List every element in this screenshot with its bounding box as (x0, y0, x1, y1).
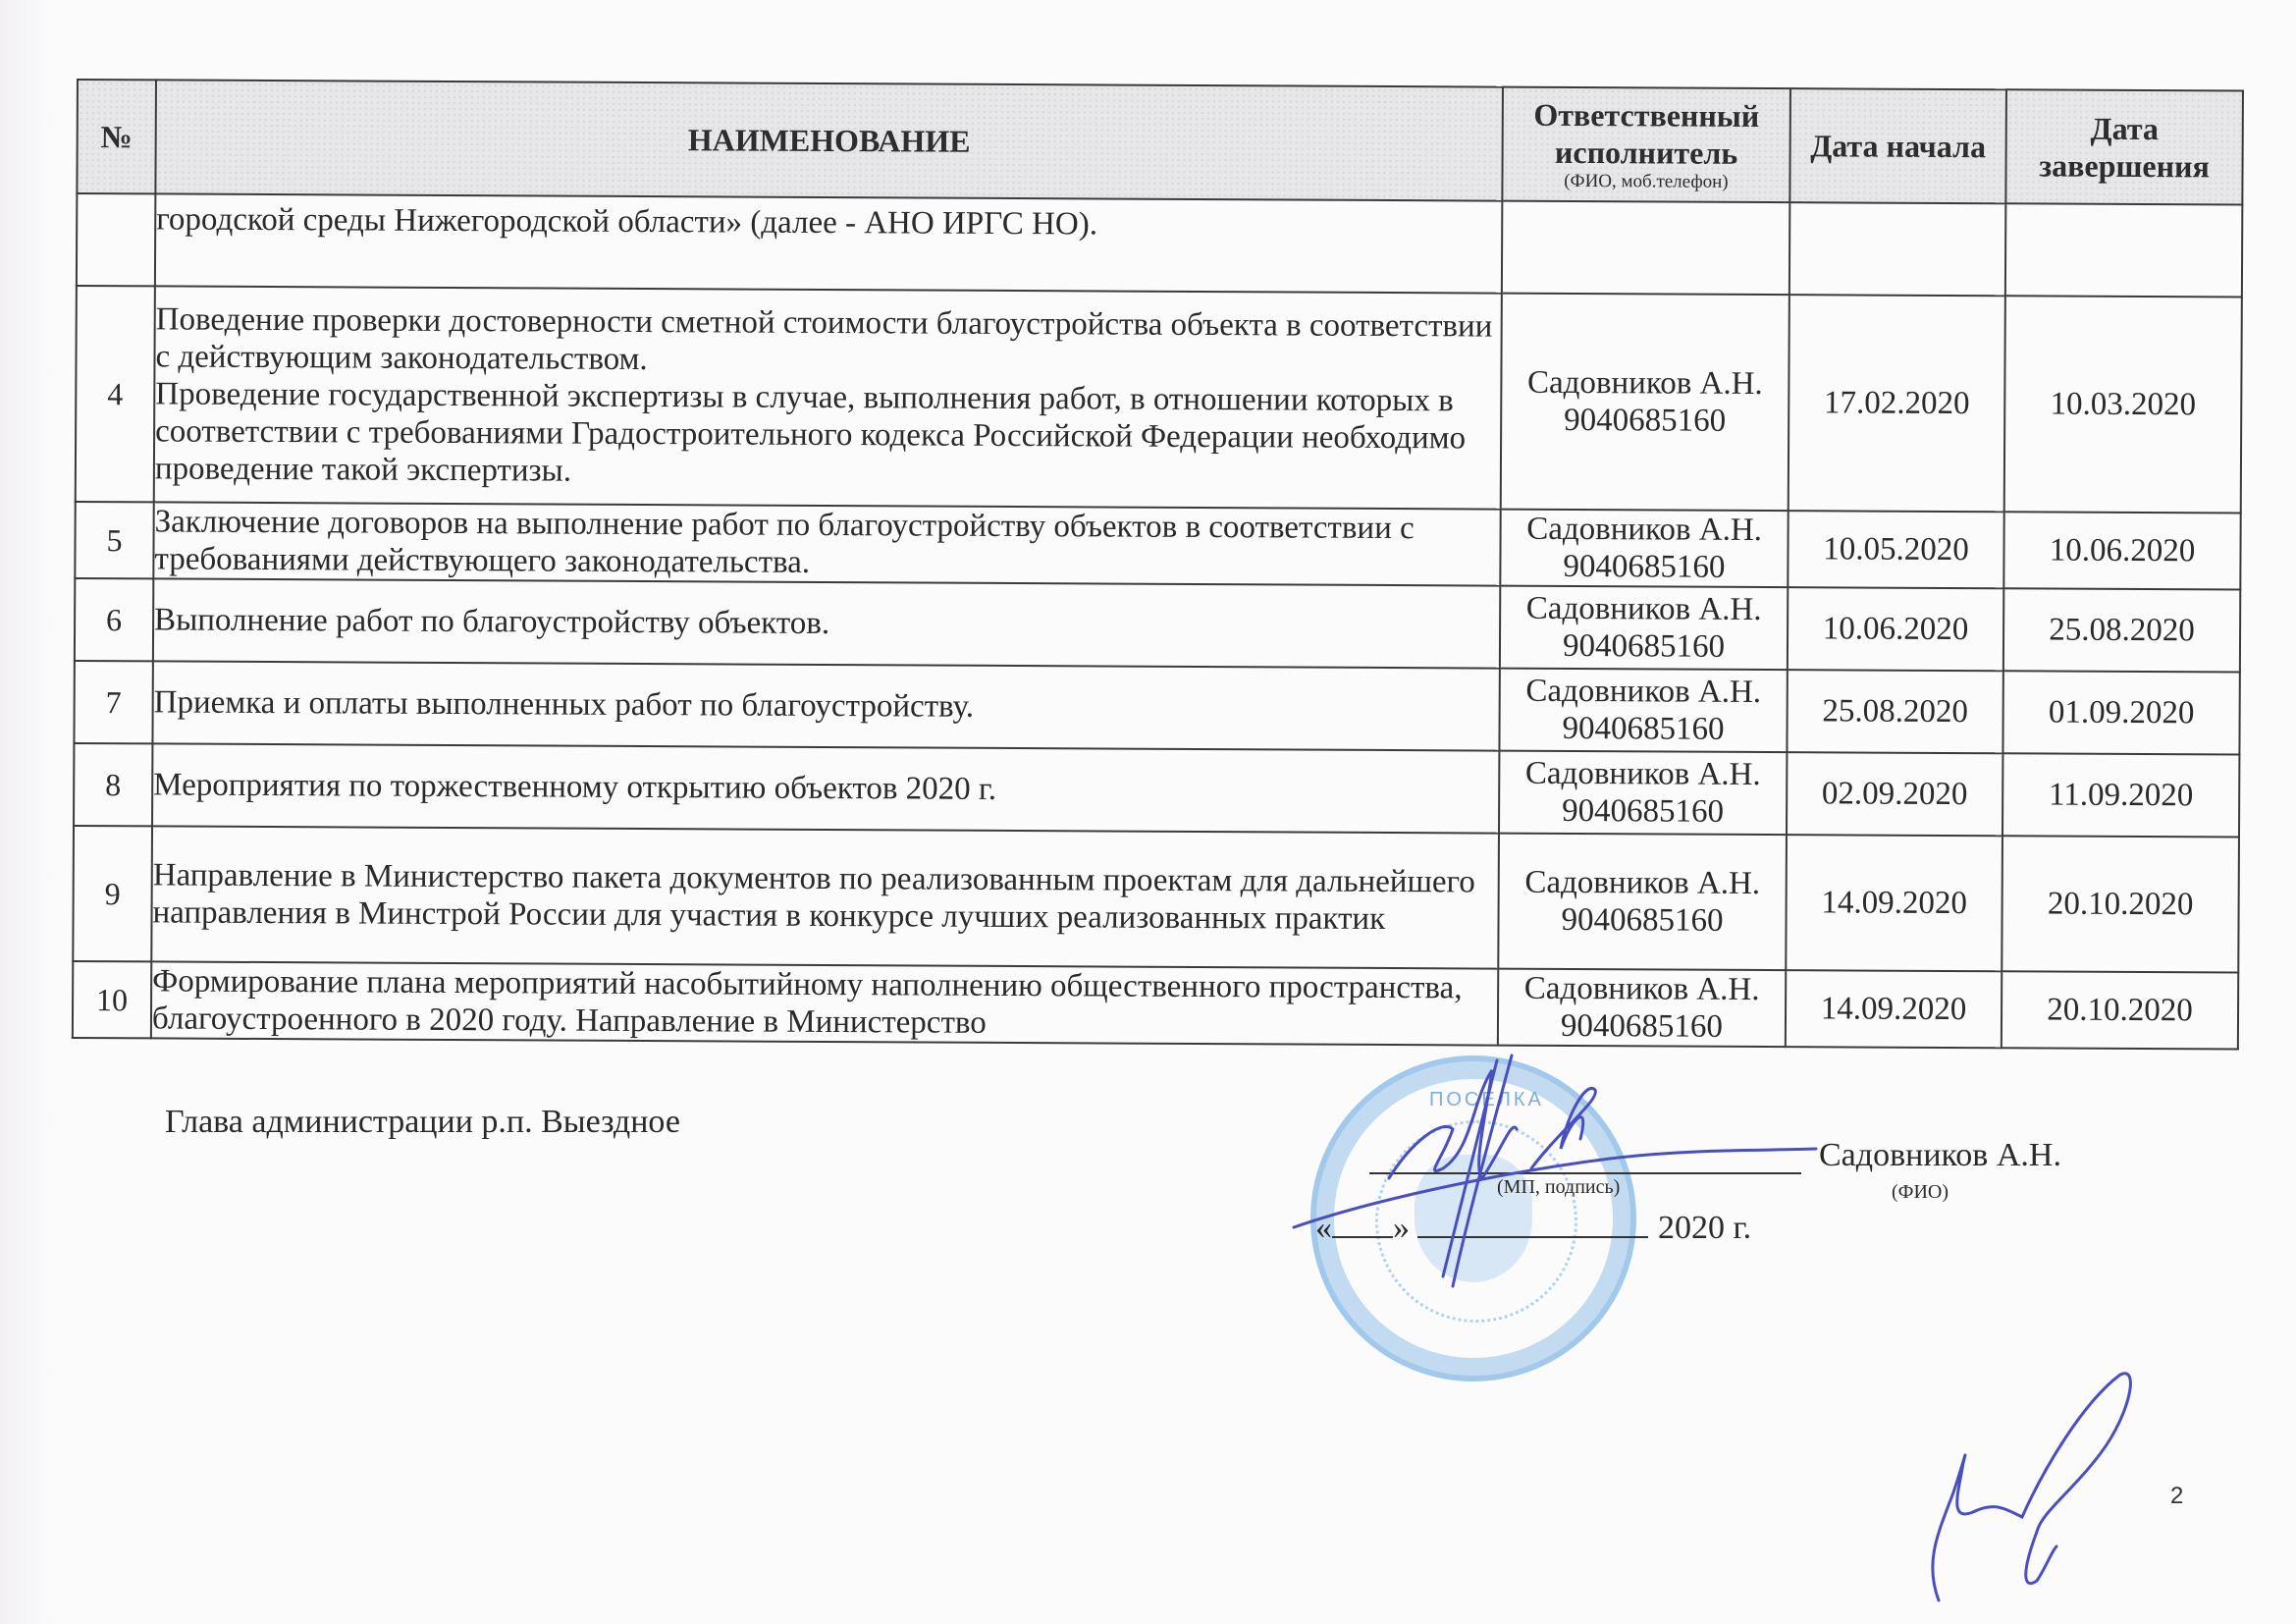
row-responsible: Садовников А.Н.9040685160 (1498, 969, 1786, 1048)
responsible-phone: 9040685160 (1500, 792, 1786, 832)
responsible-phone (1503, 202, 1789, 204)
table-row: 4Поведение проверки достоверности сметно… (76, 286, 2242, 514)
row-start-date (1789, 202, 2005, 296)
row-end-date: 20.10.2020 (2002, 836, 2239, 972)
signature-caption: (МП, подпись) (1497, 1176, 1620, 1199)
responsible-name: Садовников А.Н. (1499, 970, 1785, 1009)
row-start-date: 10.05.2020 (1788, 511, 2003, 588)
stamp-emblem-icon (1415, 1155, 1532, 1282)
row-start-date: 17.02.2020 (1789, 295, 2005, 512)
row-start-date: 14.09.2020 (1786, 970, 2002, 1048)
row-responsible: Садовников А.Н.9040685160 (1498, 834, 1787, 971)
row-start-date: 25.08.2020 (1787, 670, 2002, 753)
responsible-phone: 9040685160 (1499, 901, 1785, 941)
row-task-name: Выполнение работ по благоустройству объе… (153, 578, 1500, 668)
row-number: 9 (73, 826, 152, 961)
signature-line (1369, 1172, 1801, 1174)
row-start-date: 14.09.2020 (1786, 835, 2002, 971)
row-number: 10 (73, 961, 151, 1038)
row-task-name: Формирование плана мероприятий насобытий… (151, 961, 1498, 1045)
responsible-name: Садовников А.Н. (1502, 511, 1788, 550)
row-responsible (1502, 201, 1789, 296)
table-row: 5Заключение договоров на выполнение рабо… (75, 502, 2240, 590)
row-end-date: 10.03.2020 (2004, 296, 2242, 513)
row-end-date: 01.09.2020 (2002, 671, 2239, 754)
responsible-phone: 9040685160 (1500, 710, 1786, 749)
official-stamp: ПОСЕЛКА (1310, 1056, 1636, 1381)
row-number: 4 (76, 286, 155, 502)
row-end-date: 25.08.2020 (2003, 588, 2240, 672)
header-end-date: Дата завершения (2005, 89, 2243, 204)
scan-edge-shadow (0, 0, 59, 1624)
responsible-name: Садовников А.Н. (1500, 864, 1786, 903)
row-task-name: городской среды Нижегородской области» (… (155, 193, 1502, 293)
row-number: 8 (74, 743, 152, 826)
row-responsible: Садовников А.Н.9040685160 (1500, 510, 1788, 588)
row-responsible: Садовников А.Н.9040685160 (1499, 751, 1787, 836)
row-responsible: Садовников А.Н.9040685160 (1500, 586, 1788, 671)
row-responsible: Садовников А.Н.9040685160 (1501, 294, 1789, 512)
row-end-date: 11.09.2020 (2002, 753, 2239, 837)
row-number: 7 (74, 661, 152, 743)
table-row: 7Приемка и оплаты выполненных работ по б… (74, 661, 2239, 755)
table-row: 8Мероприятия по торжественному открытию … (74, 743, 2239, 838)
signatory-position: Глава администрации р.п. Выездное (165, 1104, 680, 1141)
row-task-name: Приемка и оплаты выполненных работ по бл… (152, 661, 1499, 750)
table-body: городской среды Нижегородской области» (… (73, 193, 2242, 1050)
responsible-phone: 9040685160 (1501, 548, 1787, 587)
responsible-phone: 9040685160 (1499, 1007, 1785, 1047)
page-number: 2 (2170, 1483, 2183, 1510)
header-num: № (77, 80, 156, 193)
row-task-name: Поведение проверки достоверности сметной… (154, 286, 1502, 509)
table-row: городской среды Нижегородской области» (… (77, 193, 2242, 298)
responsible-name: Садовников А.Н. (1501, 590, 1787, 629)
row-task-name: Заключение договоров на выполнение работ… (153, 502, 1500, 585)
header-responsible-sub: (ФИО, моб.телефон) (1503, 171, 1789, 194)
plan-table-container: № НАИМЕНОВАНИЕ Ответственный исполнитель… (72, 79, 2242, 1051)
row-number: 6 (75, 578, 153, 661)
header-start-date: Дата начала (1789, 88, 2006, 203)
responsible-name (1503, 202, 1789, 204)
responsible-phone: 9040685160 (1501, 627, 1787, 667)
responsible-name: Садовников А.Н. (1500, 755, 1786, 794)
row-responsible: Садовников А.Н.9040685160 (1499, 669, 1787, 753)
signature-date: «»2020 г. (1315, 1210, 1751, 1247)
date-day-blank (1332, 1211, 1393, 1238)
stamp-inner-ring (1375, 1120, 1577, 1323)
table-row: 6Выполнение работ по благоустройству объ… (75, 578, 2240, 673)
header-name: НАИМЕНОВАНИЕ (155, 80, 1503, 200)
header-responsible-label: Ответственный исполнитель (1533, 97, 1759, 171)
row-number: 5 (75, 502, 153, 578)
stamp-text: ПОСЕЛКА (1429, 1089, 1544, 1111)
plan-table: № НАИМЕНОВАНИЕ Ответственный исполнитель… (72, 79, 2244, 1051)
responsible-name: Садовников А.Н. (1501, 673, 1787, 712)
table-row: 9Направление в Министерство пакета докум… (73, 826, 2239, 973)
row-end-date: 20.10.2020 (2002, 971, 2238, 1049)
row-start-date: 02.09.2020 (1787, 752, 2002, 836)
header-responsible: Ответственный исполнитель (ФИО, моб.теле… (1502, 87, 1790, 203)
date-month-blank (1417, 1211, 1648, 1238)
table-header-row: № НАИМЕНОВАНИЕ Ответственный исполнитель… (77, 80, 2243, 205)
row-task-name: Мероприятия по торжественному открытию о… (152, 743, 1499, 833)
signatory-name-caption: (ФИО) (1892, 1181, 1949, 1204)
table-row: 10Формирование плана мероприятий насобыт… (73, 961, 2238, 1050)
responsible-phone: 9040685160 (1502, 402, 1788, 441)
row-task-name: Направление в Министерство пакета докуме… (151, 826, 1499, 968)
row-start-date: 10.06.2020 (1788, 587, 2003, 671)
date-close-quote: » (1393, 1210, 1410, 1247)
row-end-date: 10.06.2020 (2003, 512, 2240, 589)
row-end-date (2005, 203, 2242, 297)
date-year: 2020 г. (1658, 1210, 1751, 1246)
date-open-quote: « (1315, 1210, 1332, 1247)
responsible-name: Садовников А.Н. (1502, 364, 1788, 404)
row-number (77, 193, 155, 286)
signatory-name: Садовников А.Н. (1819, 1137, 2061, 1174)
